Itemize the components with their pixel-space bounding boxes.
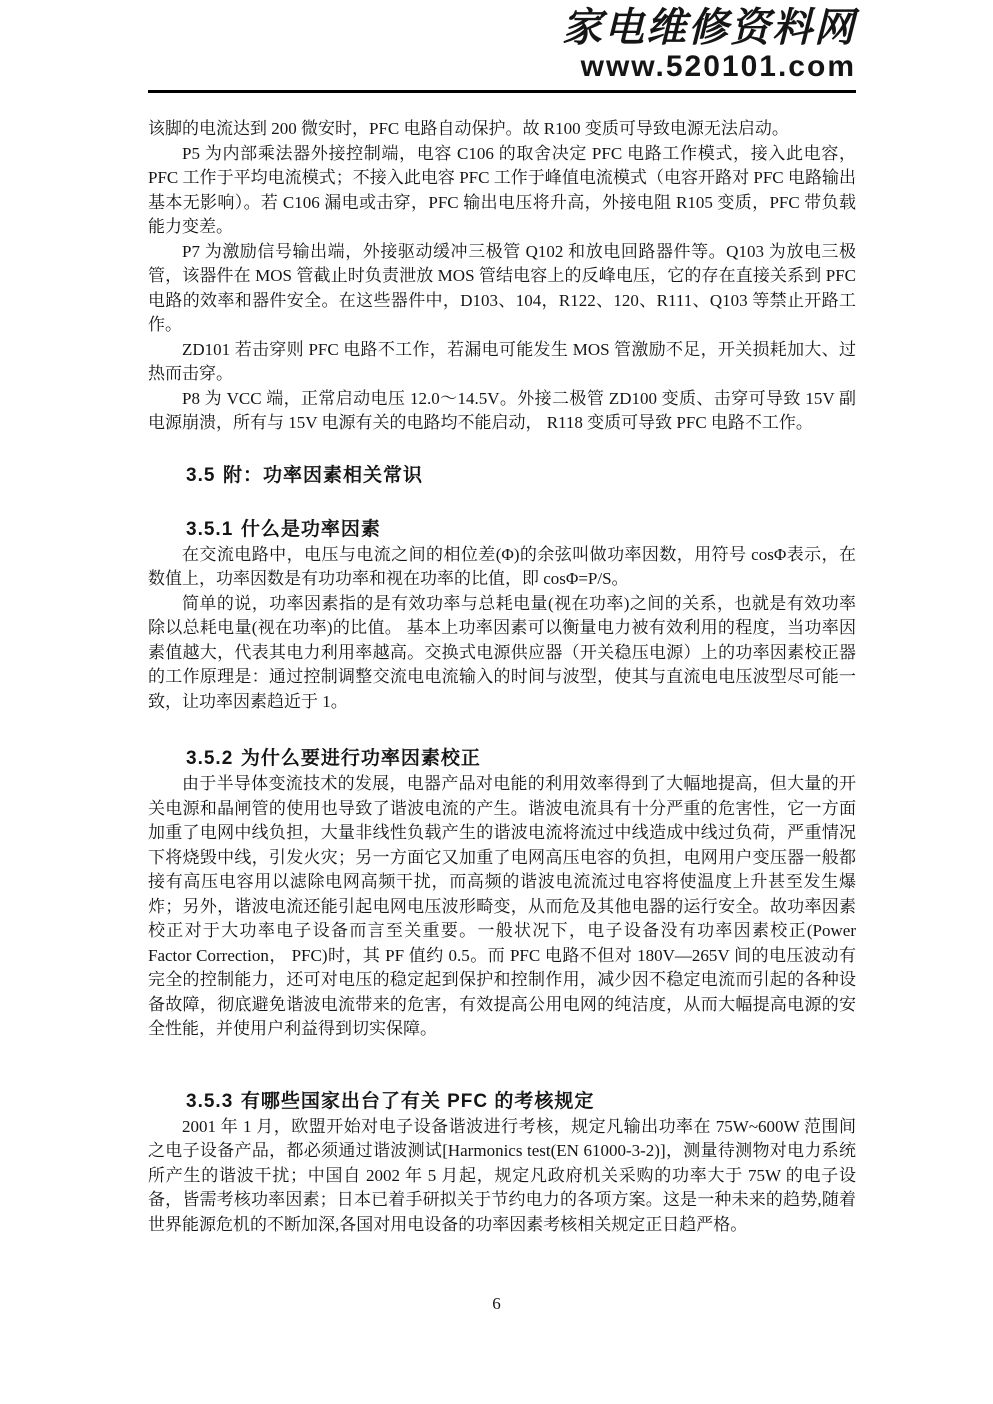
paragraph-p7: P7 为激励信号输出端，外接驱动缓冲三极管 Q102 和放电回路器件等。Q103… — [148, 240, 856, 338]
page-footer: 6 — [0, 1294, 993, 1314]
document-body: 该脚的电流达到 200 微安时，PFC 电路自动保护。故 R100 变质可导致电… — [148, 117, 856, 1237]
subsection-heading-3-5-2: 3.5.2为什么要进行功率因素校正 — [148, 746, 856, 772]
page-number: 6 — [492, 1294, 501, 1313]
site-logo: 家电维修资料网 www.520101.com — [148, 6, 856, 82]
header-divider — [148, 90, 856, 93]
paragraph-why-pfc: 由于半导体变流技术的发展，电器产品对电能的利用效率得到了大幅地提高，但大量的开关… — [148, 772, 856, 1042]
paragraph-p5: P5 为内部乘法器外接控制端，电容 C106 的取舍决定 PFC 电路工作模式，… — [148, 142, 856, 240]
subsection-number: 3.5.3 — [186, 1091, 233, 1112]
subsection-number: 3.5.2 — [186, 748, 233, 769]
paragraph-what-is-pf-2: 简单的说，功率因素指的是有效功率与总耗电量(视在功率)之间的关系，也就是有效功率… — [148, 592, 856, 715]
logo-url-text: www.520101.com — [148, 52, 856, 82]
page-header: 家电维修资料网 www.520101.com — [148, 0, 856, 93]
section-title: 附：功率因素相关常识 — [223, 465, 423, 486]
subsection-heading-3-5-3: 3.5.3有哪些国家出台了有关 PFC 的考核规定 — [148, 1089, 856, 1115]
subsection-heading-3-5-1: 3.5.1什么是功率因素 — [148, 517, 856, 543]
section-heading-3-5: 3.5附：功率因素相关常识 — [148, 463, 856, 489]
subsection-title: 为什么要进行功率因素校正 — [241, 748, 481, 769]
paragraph-continued: 该脚的电流达到 200 微安时，PFC 电路自动保护。故 R100 变质可导致电… — [148, 117, 856, 142]
subsection-title: 有哪些国家出台了有关 PFC 的考核规定 — [241, 1091, 595, 1112]
section-number: 3.5 — [186, 465, 215, 486]
paragraph-what-is-pf-1: 在交流电路中，电压与电流之间的相位差(Φ)的余弦叫做功率因数，用符号 cosΦ表… — [148, 543, 856, 592]
subsection-title: 什么是功率因素 — [241, 519, 381, 540]
paragraph-p8-vcc: P8 为 VCC 端，正常启动电压 12.0～14.5V。外接二极管 ZD100… — [148, 387, 856, 436]
document-page: 家电维修资料网 www.520101.com 该脚的电流达到 200 微安时，P… — [0, 0, 993, 1404]
paragraph-zd101: ZD101 若击穿则 PFC 电路不工作，若漏电可能发生 MOS 管激励不足，开… — [148, 338, 856, 387]
subsection-number: 3.5.1 — [186, 519, 233, 540]
paragraph-pfc-regulations: 2001 年 1 月，欧盟开始对电子设备谐波进行考核，规定凡输出功率在 75W~… — [148, 1115, 856, 1238]
logo-chinese-text: 家电维修资料网 — [148, 6, 856, 50]
